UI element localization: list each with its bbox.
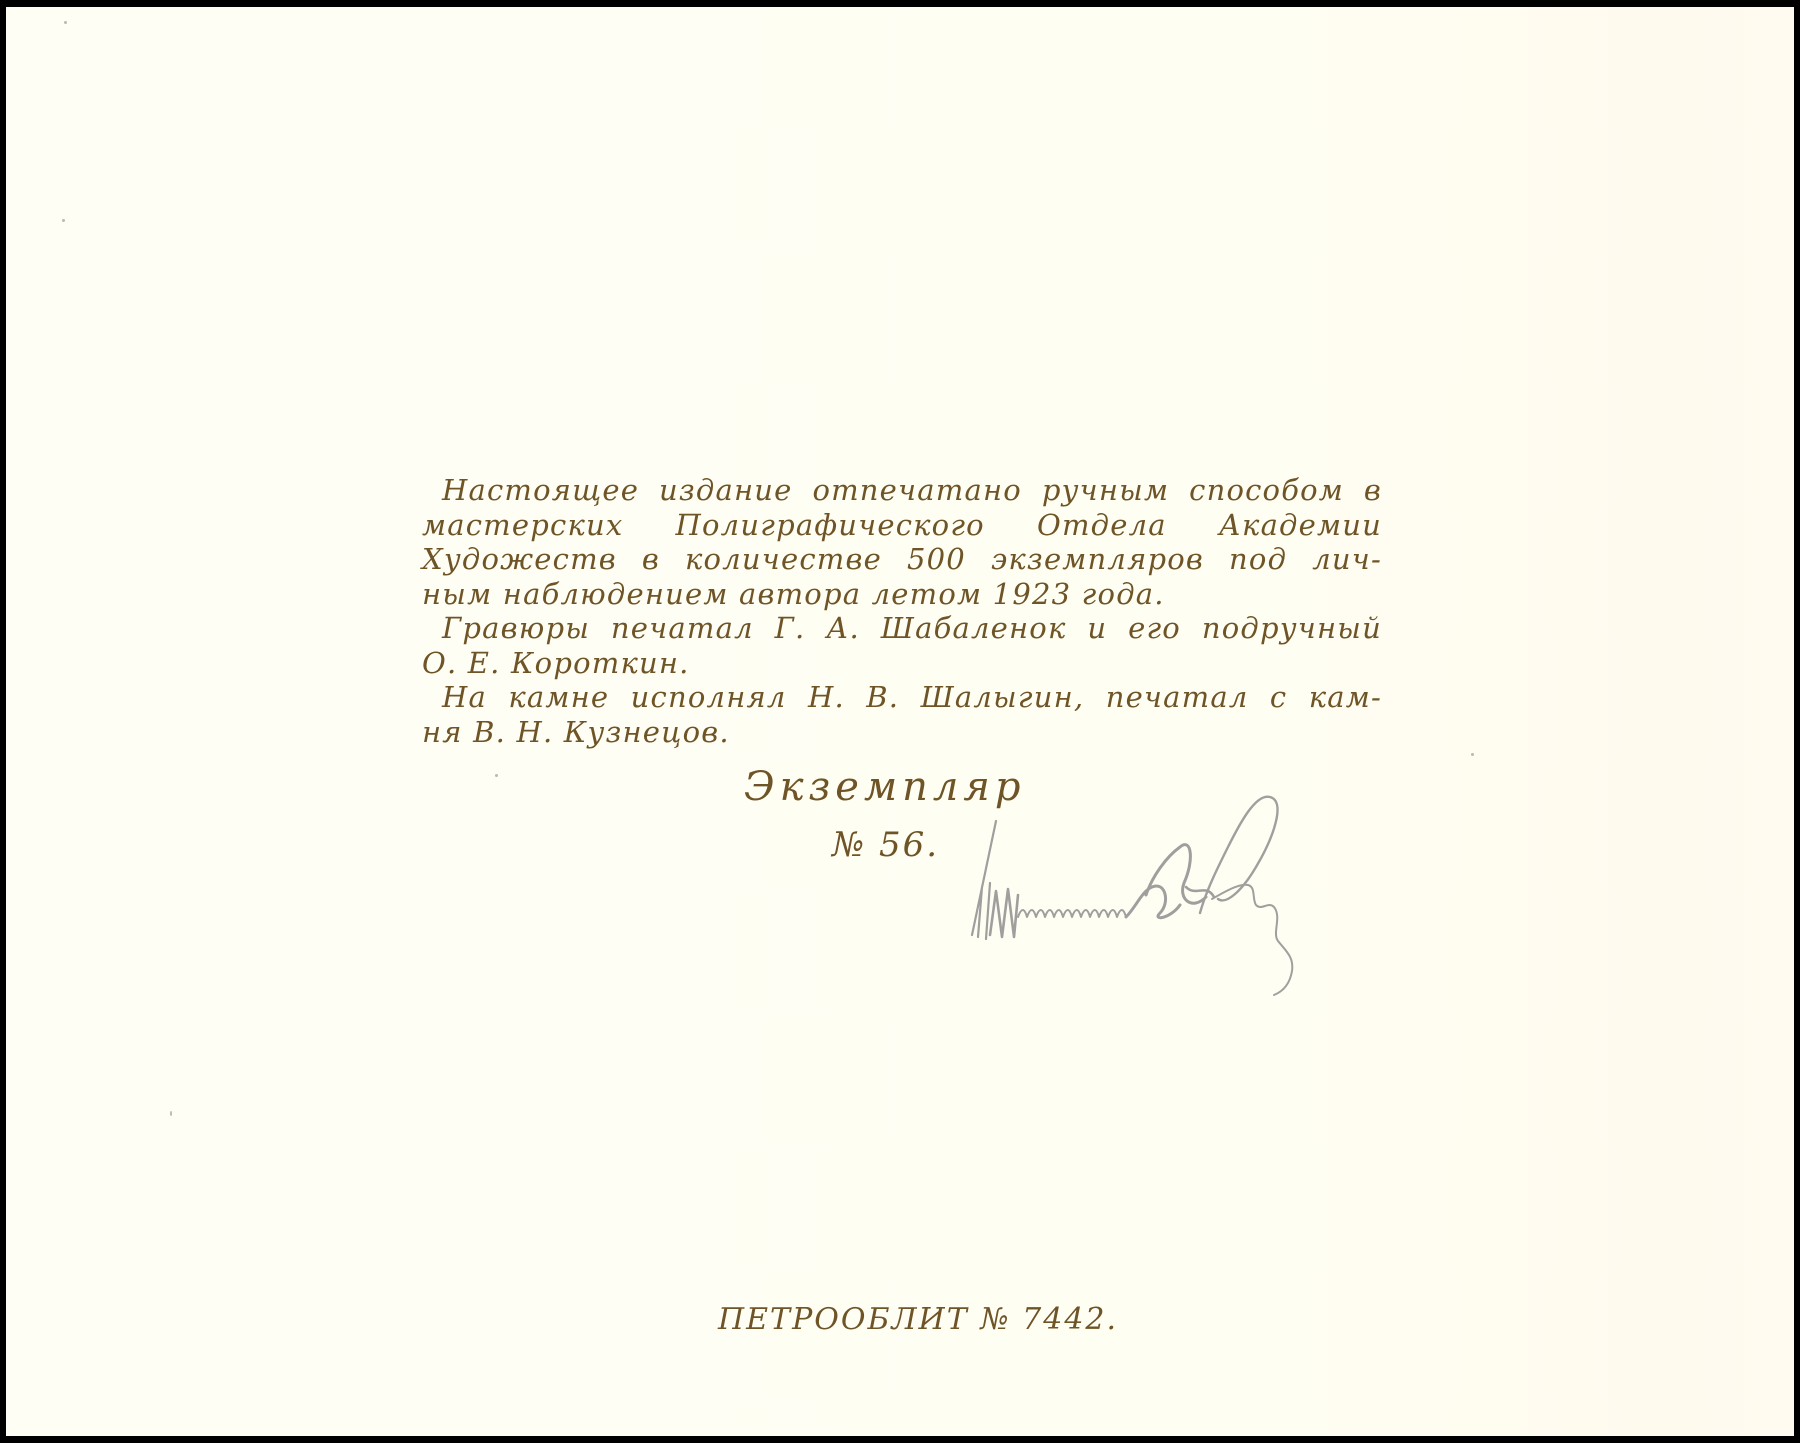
paper-speck [170, 1111, 172, 1116]
censor-mark: ПЕТРООБЛИТ № 7442. [718, 1302, 1118, 1337]
signature-icon [956, 787, 1376, 997]
colophon-line: мастерских Полиграфического Отдела Акаде… [422, 508, 1382, 543]
copy-number: № 56. [832, 825, 939, 865]
colophon-line: Настоящее издание отпечатано ручным спос… [422, 473, 1382, 508]
colophon-line: Художеств в количестве 500 экземпляров п… [422, 542, 1382, 577]
colophon-text: Настоящее издание отпечатано ручным спос… [422, 473, 1382, 749]
colophon-line: Гравюры печатал Г. А. Шабаленок и его по… [422, 611, 1382, 646]
paper-speck [495, 774, 498, 777]
paper-speck [62, 219, 65, 222]
colophon-line: ным наблюдением автора летом 1923 года. [422, 577, 1382, 612]
document-page: Настоящее издание отпечатано ручным спос… [6, 7, 1794, 1436]
paper-speck [64, 21, 67, 24]
colophon-line: О. Е. Короткин. [422, 646, 1382, 681]
paper-speck [1471, 753, 1474, 756]
colophon-line: ня В. Н. Кузнецов. [422, 715, 1382, 750]
colophon-line: На камне исполнял Н. В. Шалыгин, печатал… [422, 680, 1382, 715]
